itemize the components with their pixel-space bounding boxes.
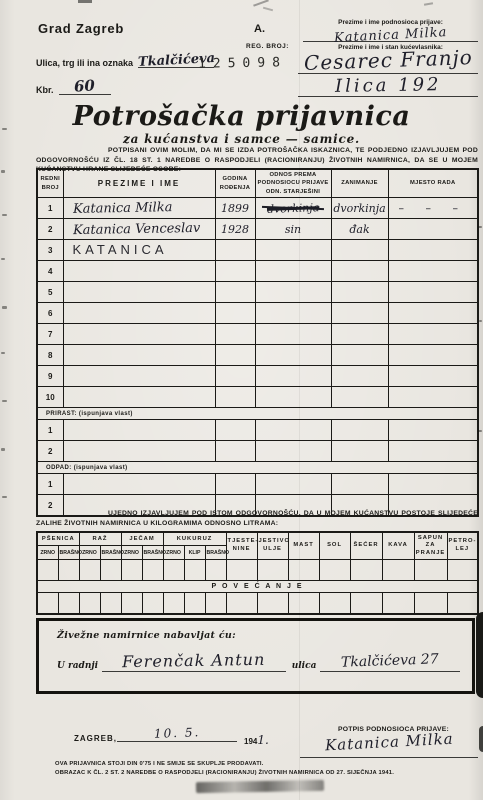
shop-street-field: Tkalčićeva 27 xyxy=(320,653,460,672)
prirast-row-1: 1 xyxy=(37,420,478,441)
row-number: 1 xyxy=(37,420,63,441)
relation-struck-handwritten: dvorkinja xyxy=(267,201,320,216)
person-row-4: 4 xyxy=(37,261,478,282)
landlord-address-field: Ilica 192 xyxy=(298,75,478,97)
occupation-handwritten: dvorkinja xyxy=(333,202,385,215)
grain-sub-header: BRAŠNO xyxy=(142,546,163,560)
person-row-8: 8 xyxy=(37,345,478,366)
povecanje-row: P O V E Ć A N J E xyxy=(37,581,478,593)
margin-tick-artifact xyxy=(2,128,7,130)
supplies-group-header-row: PŠENICA RAŽ JEČAM KUKURUZ TJESTE- NINE J… xyxy=(37,532,478,546)
workplace-handwritten: – – – xyxy=(399,202,468,215)
single-column-header-sol: SOL xyxy=(319,532,350,560)
povecanje-label: P O V E Ć A N J E xyxy=(37,581,478,593)
single-column-header-sapun: SAPUN ZA PRANJE xyxy=(414,532,447,560)
scan-speck-artifact xyxy=(424,2,433,6)
grain-sub-header: BRAŠNO xyxy=(100,546,121,560)
row-number: 7 xyxy=(37,324,63,345)
col-header-zanimanje: ZANIMANJE xyxy=(331,169,388,198)
col-header-mjesto-rada: MJESTO RADA xyxy=(388,169,478,198)
grain-sub-header: ZRNO xyxy=(79,546,100,560)
fine-print: OVA PRIJAVNICA STOJI DIN 0'75 I NE SMIJE… xyxy=(55,760,394,778)
margin-tick-artifact xyxy=(2,306,7,309)
margin-tick-artifact xyxy=(479,320,482,322)
persons-table-header-row: REDNI BROJ PREZIME I IME GODINA ROĐENJA … xyxy=(37,169,478,198)
grain-sub-header: ZRNO xyxy=(163,546,184,560)
row-number: 2 xyxy=(37,441,63,462)
applicant-label: Prezime i ime podnosioca prijave: xyxy=(303,19,478,26)
col-header-prezime-ime: PREZIME I IME xyxy=(63,169,215,198)
prirast-section-label: PRIRAST: (ispunjava vlast) xyxy=(37,408,478,420)
place-label: ZAGREB, xyxy=(74,734,117,743)
section-letter: A. xyxy=(254,23,265,35)
signature-field: Katanica Milka xyxy=(300,733,478,758)
birth-year-handwritten: 1899 xyxy=(221,202,249,215)
grain-sub-header: KLIP xyxy=(184,546,205,560)
single-column-header-petrolej: PETRO- LEJ xyxy=(447,532,478,560)
grain-group-header-psenica: PŠENICA xyxy=(37,532,79,546)
row-number: 4 xyxy=(37,261,63,282)
birth-year-handwritten: 1928 xyxy=(221,223,249,236)
occupation-handwritten: đak xyxy=(349,223,369,236)
shop-name-field: Ferenčak Antun xyxy=(102,651,286,672)
year-line: 1941. xyxy=(244,733,269,747)
kbr-value-handwritten: 60 xyxy=(73,76,95,95)
house-number-line: Kbr.60 xyxy=(36,77,111,95)
supplies-table: PŠENICA RAŽ JEČAM KUKURUZ TJESTE- NINE J… xyxy=(36,531,479,615)
scan-edge-blob-artifact xyxy=(479,726,483,752)
supplies-empty-row xyxy=(37,560,478,581)
single-column-header-kava: KAVA xyxy=(382,532,414,560)
date-handwritten: 10. 5. xyxy=(154,725,201,741)
single-column-header-tjestenine: TJESTE- NINE xyxy=(226,532,257,560)
row-number: 2 xyxy=(37,219,63,240)
scan-edge-blob-artifact xyxy=(476,612,483,698)
margin-tick-artifact xyxy=(1,258,5,260)
row-number: 9 xyxy=(37,366,63,387)
supplies-empty-row xyxy=(37,593,478,615)
grain-sub-header: BRAŠNO xyxy=(58,546,79,560)
shop-name-handwritten: Ferenčak Antun xyxy=(122,650,266,671)
street-line: Ulica, trg ili ina oznakaTkalčićeva xyxy=(36,52,214,68)
person-name-handprinted: KATANICA xyxy=(73,242,168,257)
grain-sub-header: ZRNO xyxy=(37,546,58,560)
supplies-intro-paragraph: UJEDNO IZJAVLJUJEM POD ISTOM ODGOVORNOŠĆ… xyxy=(36,509,478,528)
single-column-header-mast: MAST xyxy=(288,532,319,560)
grain-group-header-jecam: JEČAM xyxy=(121,532,163,546)
row-number: 8 xyxy=(37,345,63,366)
year-digit-handwritten: 1. xyxy=(257,733,268,747)
margin-tick-artifact xyxy=(478,226,482,228)
kbr-field: 60 xyxy=(59,77,111,95)
single-column-header-secer: ŠEĆER xyxy=(350,532,382,560)
scan-speck-artifact xyxy=(253,0,269,7)
shop-label-ulica: ulica xyxy=(286,661,321,672)
landlord-field: Cesarec Franjo xyxy=(298,48,478,74)
grain-sub-header: ZRNO xyxy=(121,546,142,560)
margin-tick-artifact xyxy=(478,430,482,432)
prirast-section-row: PRIRAST: (ispunjava vlast) xyxy=(37,408,478,420)
street-label: Ulica, trg ili ina oznaka xyxy=(36,58,133,68)
row-number: 3 xyxy=(37,240,63,261)
row-number: 6 xyxy=(37,303,63,324)
person-name-handwritten: Katanica Milka xyxy=(72,200,172,217)
reg-broj-label: REG. BROJ: xyxy=(246,43,289,50)
person-row-3: 3 KATANICA xyxy=(37,240,478,261)
odpad-section-row: ODPAD: (ispunjava vlast) xyxy=(37,462,478,474)
row-number: 10 xyxy=(37,387,63,408)
margin-tick-artifact xyxy=(1,448,5,451)
margin-tick-artifact xyxy=(2,214,7,216)
kbr-label: Kbr. xyxy=(36,85,54,95)
shop-heading: Živežne namirnice nabavljat ću: xyxy=(57,630,236,641)
row-number: 5 xyxy=(37,282,63,303)
date-field: 10. 5. xyxy=(117,724,237,742)
margin-tick-artifact xyxy=(2,400,7,402)
persons-table: REDNI BROJ PREZIME I IME GODINA ROĐENJA … xyxy=(36,168,479,517)
person-row-9: 9 xyxy=(37,366,478,387)
scan-speck-artifact xyxy=(78,0,92,3)
person-row-2: 2 Katanica Venceslav 1928 sin đak xyxy=(37,219,478,240)
signature-handwritten: Katanica Milka xyxy=(324,730,453,755)
landlord-address-handwritten: Ilica 192 xyxy=(335,74,442,97)
form-subtitle: za kućanstva i samce — samice. xyxy=(0,132,483,146)
scanned-form-page: Grad Zagreb Ulica, trg ili ina oznakaTka… xyxy=(0,0,483,800)
shop-label-u-radnji: U radnji xyxy=(57,661,102,672)
fold-line-artifact xyxy=(299,0,300,800)
margin-tick-artifact xyxy=(2,496,7,498)
single-column-header-jestivo-ulje: JESTIVO ULJE xyxy=(257,532,288,560)
row-number: 1 xyxy=(37,474,63,495)
shop-street-handwritten: Tkalčićeva 27 xyxy=(341,651,439,670)
person-name-handwritten: Katanica Venceslav xyxy=(72,221,200,238)
person-row-1: 1 Katanica Milka 1899 dvorkinja dvorkinj… xyxy=(37,198,478,219)
prirast-row-2: 2 xyxy=(37,441,478,462)
grain-sub-header: BRAŠNO xyxy=(205,546,226,560)
form-title: Potrošačka prijavnica xyxy=(0,101,483,132)
person-row-7: 7 xyxy=(37,324,478,345)
grain-group-header-kukuruz: KUKURUZ xyxy=(163,532,226,546)
person-row-10: 10 xyxy=(37,387,478,408)
row-number: 1 xyxy=(37,198,63,219)
shop-box: Živežne namirnice nabavljat ću: U radnji… xyxy=(36,618,475,694)
grain-group-header-raz: RAŽ xyxy=(79,532,121,546)
city-heading: Grad Zagreb xyxy=(38,21,124,36)
col-header-odnos: ODNOS PREMA PODNOSIOCU PRIJAVE ODN. STAR… xyxy=(255,169,331,198)
margin-tick-artifact xyxy=(1,170,5,173)
reg-number-stamp: 125098 xyxy=(198,55,287,72)
shop-line: U radnji Ferenčak Antun ulica Tkalčićeva… xyxy=(57,651,460,672)
bottom-smudge-artifact xyxy=(196,780,324,793)
col-header-godina-rodjenja: GODINA ROĐENJA xyxy=(215,169,255,198)
col-header-redni-broj: REDNI BROJ xyxy=(37,169,63,198)
person-row-5: 5 xyxy=(37,282,478,303)
scan-speck-artifact xyxy=(263,7,273,12)
margin-tick-artifact xyxy=(1,352,5,354)
landlord-name-handwritten: Cesarec Franjo xyxy=(303,45,473,75)
applicant-name-handwritten: Katanica Milka xyxy=(333,25,447,46)
applicant-field: Katanica Milka xyxy=(303,26,478,42)
person-row-6: 6 xyxy=(37,303,478,324)
odpad-section-label: ODPAD: (ispunjava vlast) xyxy=(37,462,478,474)
odpad-row-1: 1 xyxy=(37,474,478,495)
fine-print-line-2: OBRAZAC K ČL. 2 ST. 2 NAREDBE O RASPODJE… xyxy=(55,769,394,778)
fine-print-line-1: OVA PRIJAVNICA STOJI DIN 0'75 I NE SMIJE… xyxy=(55,760,394,769)
year-printed: 194 xyxy=(244,737,257,746)
